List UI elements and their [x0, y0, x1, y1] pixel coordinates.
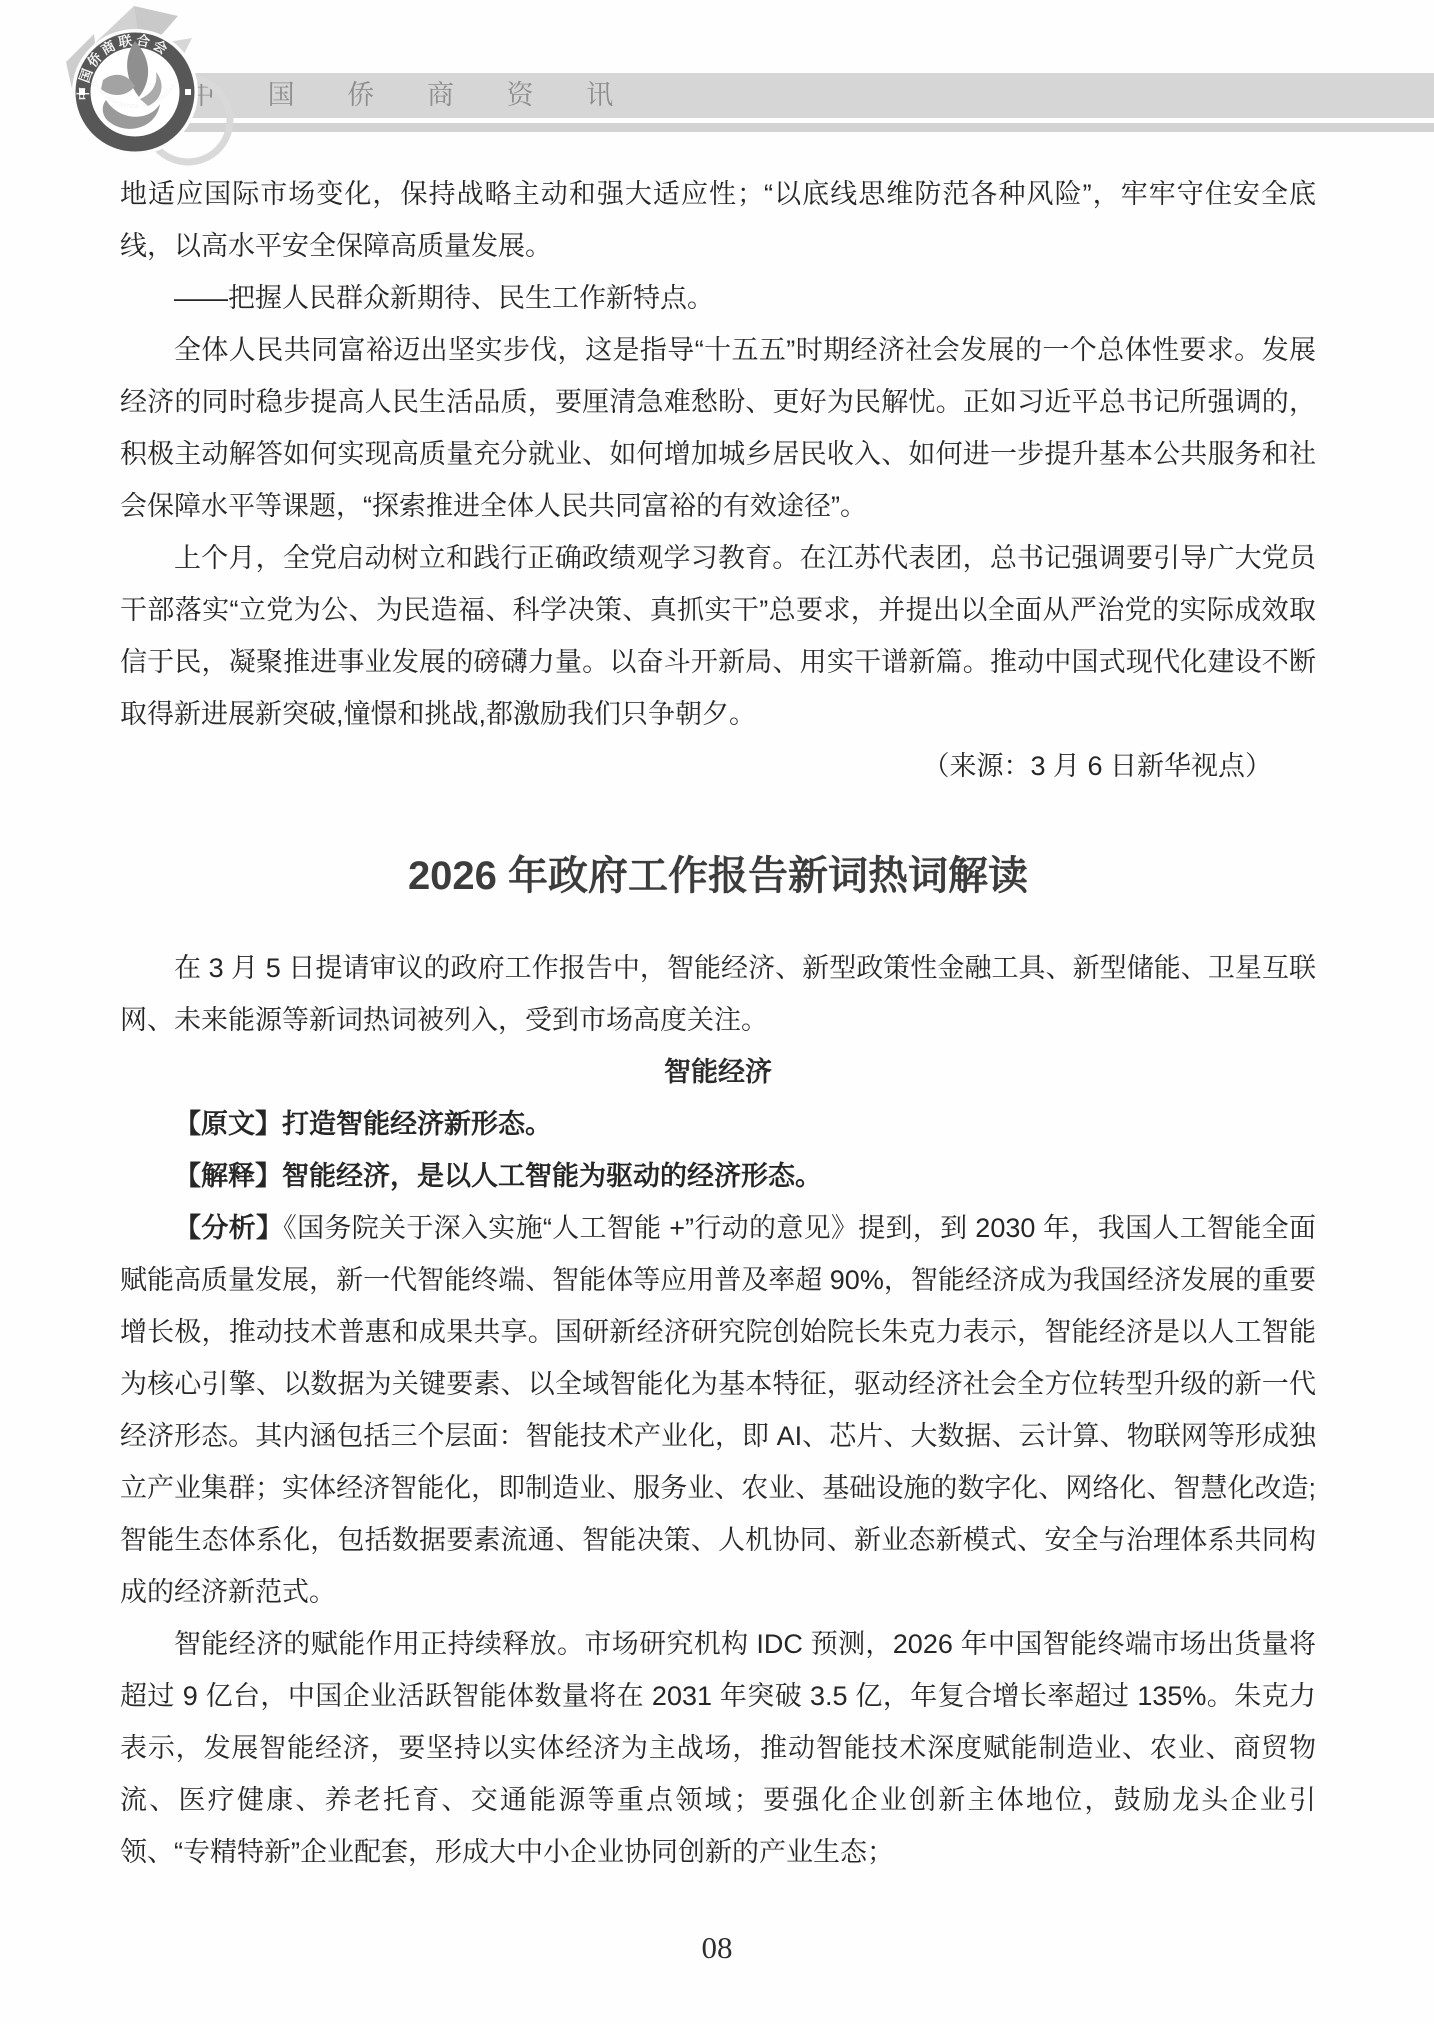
paragraph-original: 【原文】打造智能经济新形态。 [120, 1098, 1316, 1150]
page-content: 地适应国际市场变化，保持战略主动和强大适应性；“以底线思维防范各种风险”，牢牢守… [120, 168, 1316, 1878]
analysis-text: 《国务院关于深入实施“人工智能 +”行动的意见》提到，到 2030 年，我国人工… [120, 1213, 1316, 1607]
source-attribution: （来源：3 月 6 日新华视点） [120, 740, 1316, 792]
header-banner: 中国侨商资讯 [140, 73, 1434, 118]
paragraph: 在 3 月 5 日提请审议的政府工作报告中，智能经济、新型政策性金融工具、新型储… [120, 942, 1316, 1046]
original-text: 打造智能经济新形态。 [282, 1109, 552, 1139]
paragraph: 地适应国际市场变化，保持战略主动和强大适应性；“以底线思维防范各种风险”，牢牢守… [120, 168, 1316, 272]
paragraph: 智能经济的赋能作用正持续释放。市场研究机构 IDC 预测，2026 年中国智能终… [120, 1618, 1316, 1878]
original-label: 【原文】 [174, 1109, 282, 1139]
explain-text: 智能经济，是以人工智能为驱动的经济形态。 [282, 1161, 822, 1191]
paragraph-explain: 【解释】智能经济，是以人工智能为驱动的经济形态。 [120, 1150, 1316, 1202]
paragraph: ——把握人民群众新期待、民生工作新特点。 [120, 272, 1316, 324]
paragraph: 全体人民共同富裕迈出坚实步伐，这是指导“十五五”时期经济社会发展的一个总体性要求… [120, 324, 1316, 532]
article-title: 2026 年政府工作报告新词热词解读 [120, 848, 1316, 904]
association-logo-icon: 中国侨商联合会 CHINA FEDERATION OF OVERSEAS CHI… [36, 4, 236, 172]
section-heading: 智能经济 [120, 1046, 1316, 1098]
page-number: 08 [0, 1930, 1434, 1966]
document-page: 中国侨商资讯 中国侨商联合会 CHINA FEDERATION OF O [0, 0, 1434, 2024]
paragraph-analysis: 【分析】《国务院关于深入实施“人工智能 +”行动的意见》提到，到 2030 年，… [120, 1202, 1316, 1618]
analysis-label: 【分析】 [174, 1213, 283, 1243]
paragraph: 上个月，全党启动树立和践行正确政绩观学习教育。在江苏代表团，总书记强调要引导广大… [120, 532, 1316, 740]
header-banner-underline [158, 123, 1434, 132]
magazine-title: 中国侨商资讯 [188, 73, 1434, 118]
explain-label: 【解释】 [174, 1161, 282, 1191]
